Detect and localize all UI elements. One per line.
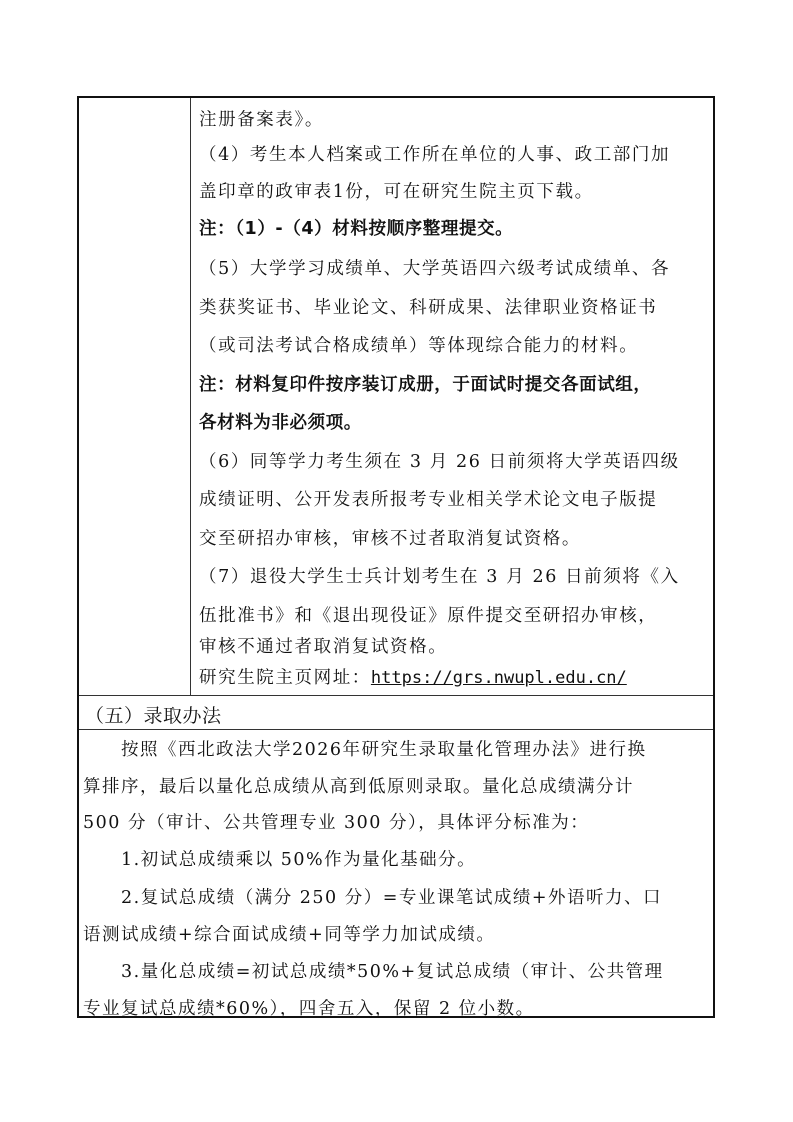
materials-label-cell: [79, 98, 191, 695]
material-line: （7）退役大学生士兵计划考生在 3 月 26 日前须将《入: [199, 567, 680, 587]
paragraph-line: 按照《西北政法大学2026年研究生录取量化管理办法》进行换: [83, 740, 647, 760]
material-line: 注册备案表》。: [199, 110, 324, 130]
admission-content: 按照《西北政法大学2026年研究生录取量化管理办法》进行换 算排序，最后以量化总…: [79, 730, 713, 1016]
section-header-row: （五）录取办法: [79, 695, 713, 730]
paragraph-line: 3.量化总成绩=初试总成绩*50%+复试总成绩（审计、公共管理: [83, 962, 664, 982]
material-line: （或司法考试合格成绩单）等体现综合能力的材料。: [199, 336, 638, 356]
material-line: 审核不通过者取消复试资格。: [199, 637, 447, 657]
material-line: 交至研招办审核，审核不过者取消复试资格。: [199, 529, 581, 549]
note-line: 各材料为非必须项。: [199, 413, 362, 433]
material-line: 伍批准书》和《退出现役证》原件提交至研招办审核，: [199, 606, 657, 626]
homepage-label: 研究生院主页网址：: [199, 668, 371, 688]
paragraph-line: 500 分（审计、公共管理专业 300 分），具体评分标准为：: [83, 813, 589, 833]
material-line: （5）大学学习成绩单、大学英语四六级考试成绩单、各: [199, 259, 670, 279]
note-line: 注：（1）-（4）材料按顺序整理提交。: [199, 219, 513, 239]
paragraph-line: 算排序，最后以量化总成绩从高到低原则录取。量化总成绩满分计: [83, 777, 634, 797]
materials-content-cell: 注册备案表》。 （4）考生本人档案或工作所在单位的人事、政工部门加 盖印章的政审…: [191, 98, 713, 695]
section-title: （五）录取办法: [85, 701, 222, 728]
materials-row: 注册备案表》。 （4）考生本人档案或工作所在单位的人事、政工部门加 盖印章的政审…: [79, 98, 713, 696]
paragraph-line: 专业复试总成绩*60%），四舍五入，保留 2 位小数。: [83, 999, 535, 1019]
material-line: （6）同等学力考生须在 3 月 26 日前须将大学英语四级: [199, 452, 680, 472]
paragraph-line: 2.复试总成绩（满分 250 分）=专业课笔试成绩+外语听力、口: [83, 888, 662, 908]
paragraph-line: 语测试成绩+综合面试成绩+同等学力加试成绩。: [83, 925, 495, 945]
paragraph-line: 1.初试总成绩乘以 50%作为量化基础分。: [83, 850, 476, 870]
material-line: 盖印章的政审表1份，可在研究生院主页下载。: [199, 182, 594, 202]
note-line: 注：材料复印件按序装订成册，于面试时提交各面试组，: [199, 375, 652, 395]
material-line: 类获奖证书、毕业论文、科研成果、法律职业资格证书: [199, 298, 657, 318]
material-line: （4）考生本人档案或工作所在单位的人事、政工部门加: [199, 145, 670, 165]
homepage-link[interactable]: https://grs.nwupl.edu.cn/: [371, 668, 627, 688]
homepage-line: 研究生院主页网址：https://grs.nwupl.edu.cn/: [199, 668, 627, 688]
document-table: 注册备案表》。 （4）考生本人档案或工作所在单位的人事、政工部门加 盖印章的政审…: [77, 96, 715, 1018]
material-line: 成绩证明、公开发表所报考专业相关学术论文电子版提: [199, 490, 657, 510]
